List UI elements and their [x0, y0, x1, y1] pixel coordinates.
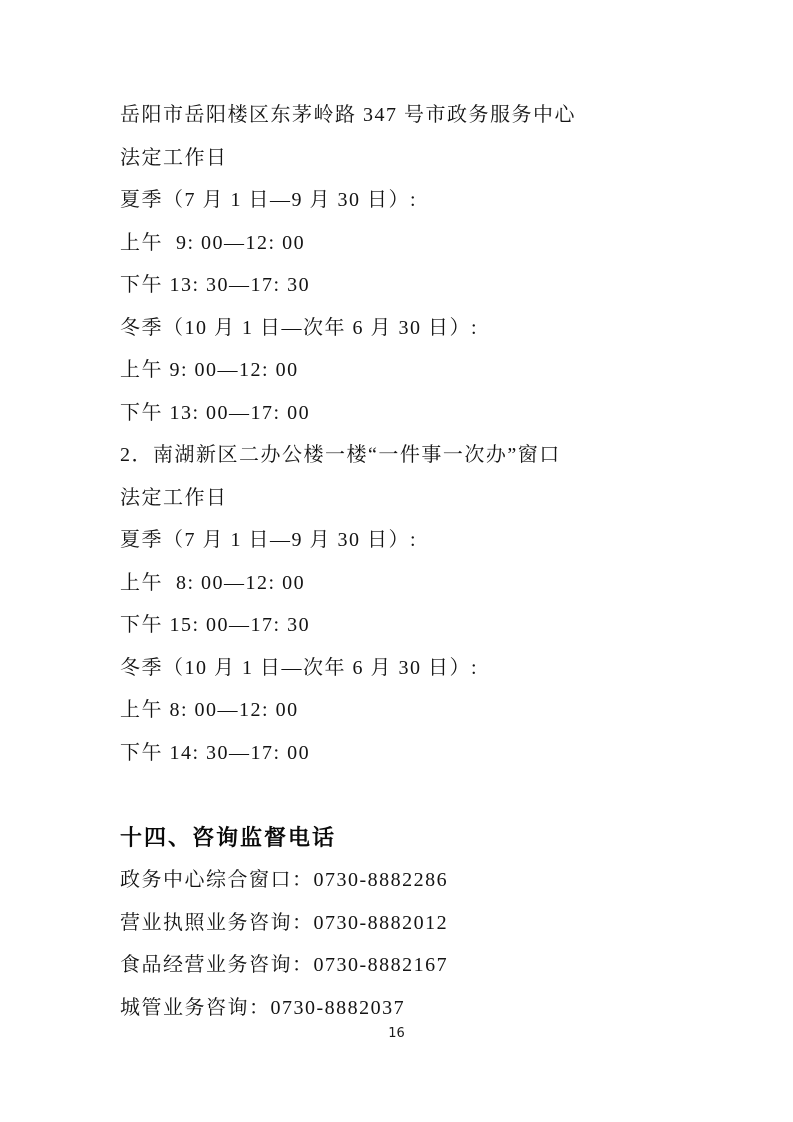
phone-line-general-window: 政务中心综合窗口：0730-8882286: [120, 859, 713, 902]
page-number: 16: [0, 1026, 793, 1041]
phone-line-business-license: 营业执照业务咨询：0730-8882012: [120, 902, 713, 945]
workday-line: 法定工作日: [120, 477, 713, 520]
summer-morning-hours-line: 上午 9: 00—12: 00: [120, 222, 713, 265]
summer-schedule-line: 夏季（7 月 1 日—9 月 30 日）:: [120, 179, 713, 222]
consultation-phone-section: 十四、咨询监督电话 政务中心综合窗口：0730-8882286 营业执照业务咨询…: [120, 817, 713, 1030]
document-page: 岳阳市岳阳楼区东茅岭路 347 号市政务服务中心 法定工作日 夏季（7 月 1 …: [0, 0, 793, 1122]
address-line: 岳阳市岳阳楼区东茅岭路 347 号市政务服务中心: [120, 94, 713, 137]
summer-afternoon-hours-line: 下午 13: 30—17: 30: [120, 264, 713, 307]
winter-schedule-line: 冬季（10 月 1 日—次年 6 月 30 日）:: [120, 307, 713, 350]
document-content: 岳阳市岳阳楼区东茅岭路 347 号市政务服务中心 法定工作日 夏季（7 月 1 …: [120, 94, 713, 1029]
summer-schedule-line: 夏季（7 月 1 日—9 月 30 日）:: [120, 519, 713, 562]
section-heading: 十四、咨询监督电话: [120, 817, 713, 860]
winter-afternoon-hours-line: 下午 14: 30—17: 00: [120, 732, 713, 775]
winter-afternoon-hours-line: 下午 13: 00—17: 00: [120, 392, 713, 435]
location2-title-line: 2．南湖新区二办公楼一楼“一件事一次办”窗口: [120, 434, 713, 477]
summer-morning-hours-line: 上午 8: 00—12: 00: [120, 562, 713, 605]
winter-schedule-line: 冬季（10 月 1 日—次年 6 月 30 日）:: [120, 647, 713, 690]
workday-line: 法定工作日: [120, 137, 713, 180]
summer-afternoon-hours-line: 下午 15: 00—17: 30: [120, 604, 713, 647]
paragraph-spacer: [120, 774, 713, 817]
location2-schedule: 2．南湖新区二办公楼一楼“一件事一次办”窗口 法定工作日 夏季（7 月 1 日—…: [120, 434, 713, 774]
phone-line-food-business: 食品经营业务咨询：0730-8882167: [120, 944, 713, 987]
location1-schedule: 岳阳市岳阳楼区东茅岭路 347 号市政务服务中心 法定工作日 夏季（7 月 1 …: [120, 94, 713, 434]
winter-morning-hours-line: 上午 8: 00—12: 00: [120, 689, 713, 732]
phone-line-city-management: 城管业务咨询：0730-8882037: [120, 987, 713, 1030]
winter-morning-hours-line: 上午 9: 00—12: 00: [120, 349, 713, 392]
